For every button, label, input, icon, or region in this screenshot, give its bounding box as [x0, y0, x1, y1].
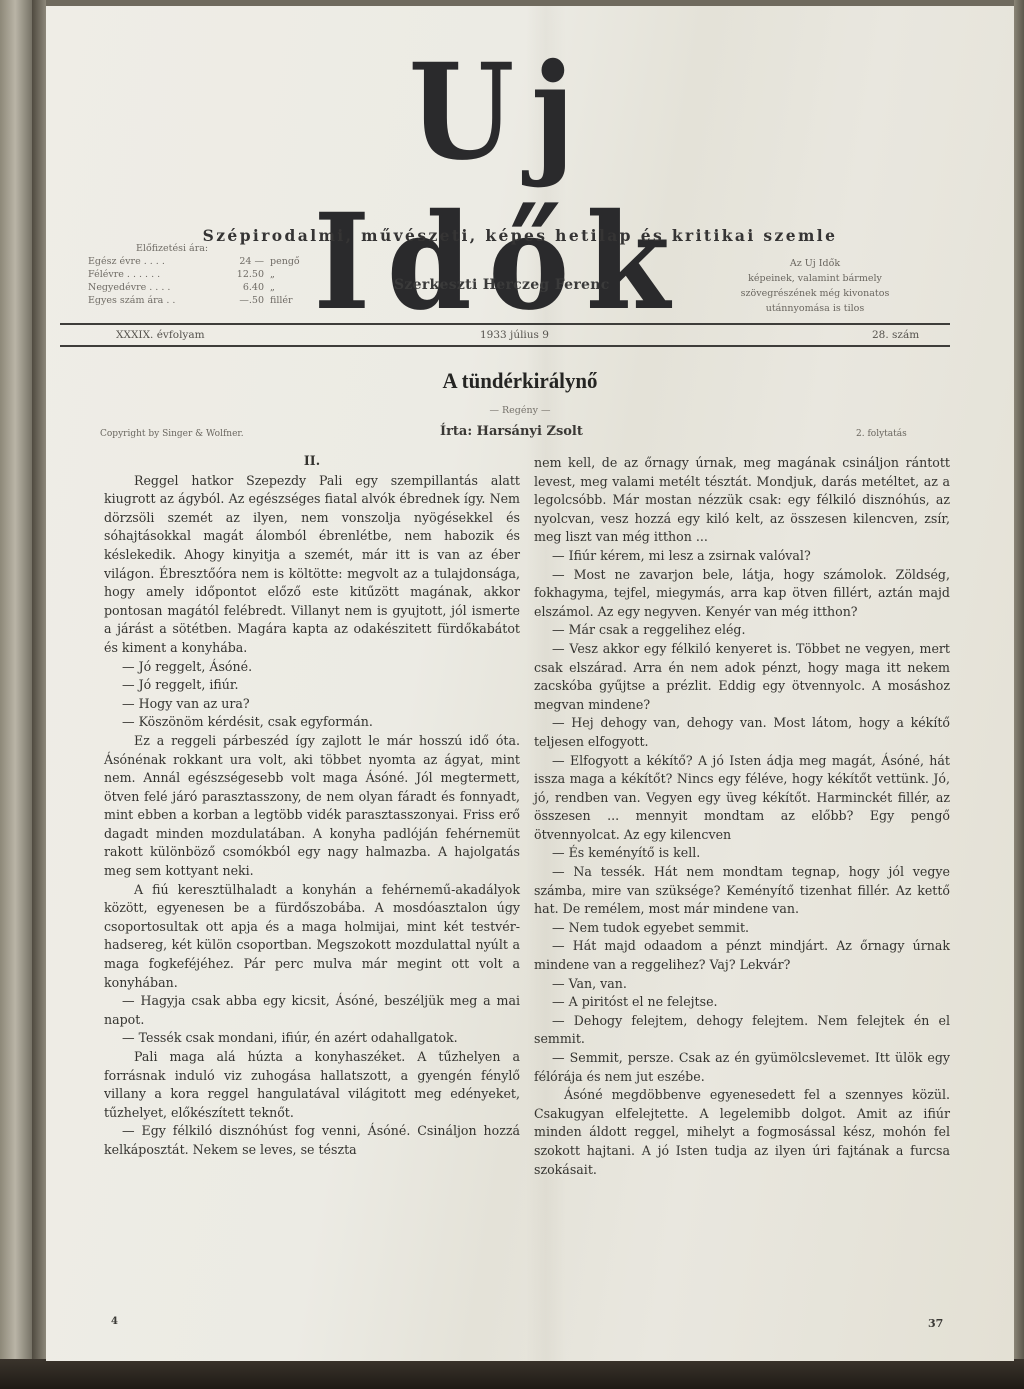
dialogue-line: — Na tessék. Hát nem mondtam tegnap, hog…	[534, 863, 950, 919]
notice-line: Az Uj Idők	[690, 256, 940, 271]
dialogue-line: — A piritóst el ne felejtse.	[534, 993, 950, 1012]
dialogue-line: — Jó reggelt, Ásóné.	[104, 658, 520, 677]
chapter-heading: II.	[104, 452, 520, 471]
dialogue-line: — Hej dehogy van, dehogy van. Most látom…	[534, 714, 950, 751]
dialogue-line: — Egy félkiló disznóhúst fog venni, Ásón…	[104, 1122, 520, 1159]
price-row: Egész évre . . . . 24 — pengő	[88, 255, 348, 268]
price-row: Félévre . . . . . . 12.50 „	[88, 268, 348, 281]
dialogue-line: — Ifiúr kérem, mi lesz a zsirnak valóval…	[534, 547, 950, 566]
paragraph: Ez a reggeli párbeszéd így zajlott le má…	[104, 732, 520, 881]
binding-shadow	[32, 0, 46, 1389]
binding-left	[0, 0, 34, 1389]
article-genre: — Regény —	[380, 405, 660, 416]
dialogue-line: — És keményítő is kell.	[534, 844, 950, 863]
issue-info: XXXIX. évfolyam 1933 július 9 28. szám	[70, 327, 950, 345]
article-title: A tündérkirálynő	[311, 368, 729, 394]
dialogue-line: — Semmit, persze. Csak az én gyümölcslev…	[534, 1049, 950, 1086]
page-number-right: 37	[928, 1317, 943, 1330]
paragraph: Pali maga alá húzta a konyhaszéket. A tű…	[104, 1048, 520, 1122]
paragraph: A fiú keresztülhaladt a konyhán a fehérn…	[104, 881, 520, 993]
installment-label: 2. folytatás	[856, 429, 907, 439]
dialogue-line: — Dehogy felejtem, dehogy felejtem. Nem …	[534, 1012, 950, 1049]
dialogue-line: — Hagyja csak abba egy kicsit, Ásóné, be…	[104, 992, 520, 1029]
dialogue-line: — Hát majd odaadom a pénzt mindjárt. Az …	[534, 937, 950, 974]
paragraph: Ásóné megdöbbenve egyenesedett fel a sze…	[534, 1086, 950, 1179]
dialogue-line: — Nem tudok egyebet semmit.	[534, 919, 950, 938]
notice-line: utánnyomása is tilos	[690, 301, 940, 316]
issue-number: 28. szám	[872, 329, 919, 341]
left-column: II. Reggel hatkor Szepezdy Pali egy szem…	[104, 452, 520, 1160]
price-unit: „	[270, 281, 275, 294]
reprint-notice: Az Uj Idők képeinek, valamint bármely sz…	[690, 256, 940, 316]
subscription-prices: Előfizetési ára: Egész évre . . . . 24 —…	[88, 242, 348, 307]
volume: XXXIX. évfolyam	[116, 329, 205, 341]
dialogue-line: — Van, van.	[534, 975, 950, 994]
price-value: 24 —	[218, 255, 270, 268]
page-right-edge	[1014, 0, 1024, 1389]
price-period: Félévre . . . . . .	[88, 268, 218, 281]
bottom-shadow	[0, 1359, 1024, 1389]
dialogue-line: — Vesz akkor egy félkiló kenyeret is. Tö…	[534, 640, 950, 714]
price-row: Negyedévre . . . . 6.40 „	[88, 281, 348, 294]
price-row: Egyes szám ára . . —.50 fillér	[88, 294, 348, 307]
header-rule-top	[60, 323, 950, 325]
dialogue-line: — Tessék csak mondani, ifiúr, én azért o…	[104, 1029, 520, 1048]
dialogue-line: — Köszönöm kérdésit, csak egyformán.	[104, 713, 520, 732]
price-unit: pengő	[270, 255, 300, 268]
copyright-line: Copyright by Singer & Wolfner.	[100, 429, 244, 439]
dialogue-line: — Már csak a reggelihez elég.	[534, 621, 950, 640]
editor-line: Szerkeszti Herczeg Ferenc	[394, 277, 664, 293]
paragraph: Reggel hatkor Szepezdy Pali egy szempill…	[104, 472, 520, 658]
price-unit: „	[270, 268, 275, 281]
notice-line: képeinek, valamint bármely	[690, 271, 940, 286]
subscription-label: Előfizetési ára:	[88, 242, 348, 255]
price-unit: fillér	[270, 294, 293, 307]
dialogue-line: — Jó reggelt, ifiúr.	[104, 676, 520, 695]
page-number-left: 4	[111, 1316, 118, 1327]
price-value: —.50	[218, 294, 270, 307]
notice-line: szövegrészének még kivonatos	[690, 286, 940, 301]
dialogue-line: — Most ne zavarjon bele, látja, hogy szá…	[534, 566, 950, 622]
paragraph: nem kell, de az őrnagy úrnak, meg magána…	[534, 454, 950, 547]
price-period: Egész évre . . . .	[88, 255, 218, 268]
dialogue-line: — Elfogyott a kékítő? A jó Isten ádja me…	[534, 752, 950, 845]
right-column: nem kell, de az őrnagy úrnak, meg magána…	[534, 454, 950, 1179]
price-value: 6.40	[218, 281, 270, 294]
dialogue-line: — Hogy van az ura?	[104, 695, 520, 714]
price-period: Egyes szám ára . .	[88, 294, 218, 307]
issue-date: 1933 július 9	[480, 329, 549, 341]
header-rule-bottom	[60, 345, 950, 347]
article-author: Írta: Harsányi Zsolt	[440, 424, 583, 439]
price-value: 12.50	[218, 268, 270, 281]
price-period: Negyedévre . . . .	[88, 281, 218, 294]
